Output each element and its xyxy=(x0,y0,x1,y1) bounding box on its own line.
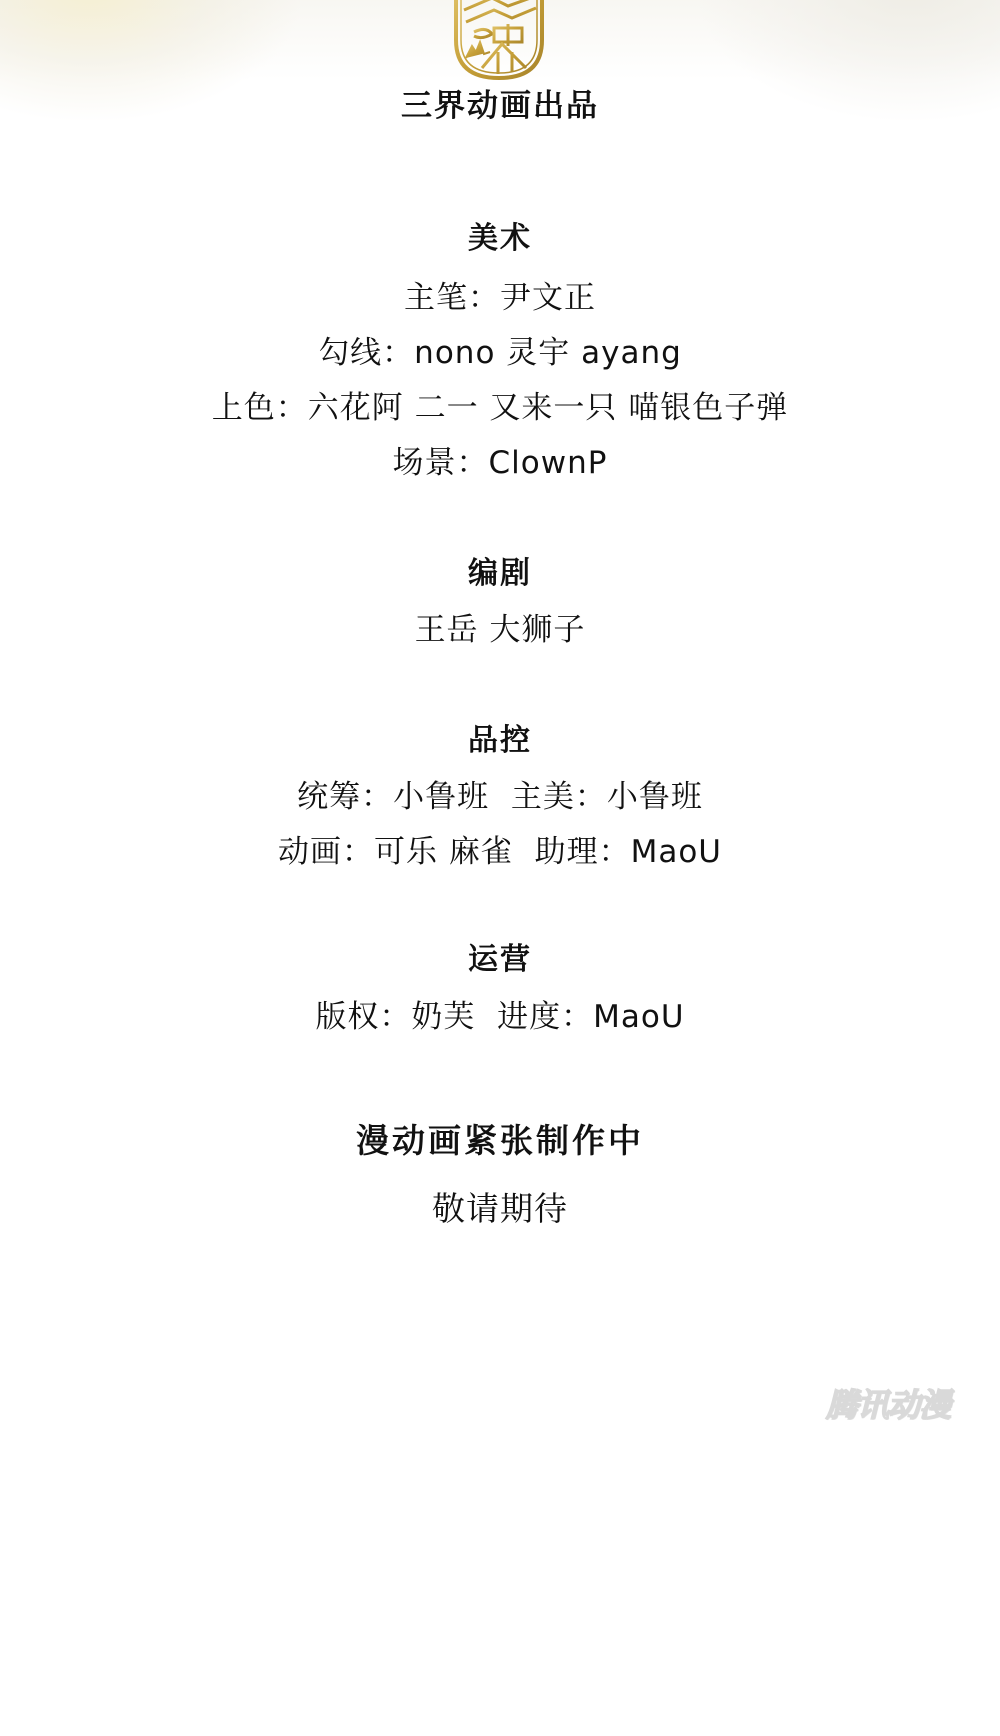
credit-line: 上色：六花阿 二一 又来一只 喵银色子弹 xyxy=(0,390,1000,426)
stay-tuned-text: 敬请期待 xyxy=(0,1191,1000,1227)
credit-line: 版权：奶芙 进度：MaoU xyxy=(0,999,1000,1035)
section-heading-quality: 品控 xyxy=(0,723,1000,759)
section-heading-script: 编剧 xyxy=(0,556,1000,592)
credit-line: 勾线：nono 灵宇 ayang xyxy=(0,335,1000,371)
studio-title: 三界动画出品 xyxy=(0,88,1000,124)
credit-line: 王岳 大狮子 xyxy=(0,612,1000,648)
credit-line: 主笔：尹文正 xyxy=(0,280,1000,316)
section-heading-art: 美术 xyxy=(0,221,1000,257)
sanjie-emblem-icon xyxy=(452,0,546,80)
credit-line: 场景：ClownP xyxy=(0,445,1000,481)
production-announcement: 漫动画紧张制作中 xyxy=(0,1123,1000,1159)
section-heading-operations: 运营 xyxy=(0,942,1000,978)
credit-line: 动画：可乐 麻雀 助理：MaoU xyxy=(0,834,1000,870)
tencent-comics-watermark: 腾讯动漫 xyxy=(826,1386,982,1424)
credit-line: 统筹：小鲁班 主美：小鲁班 xyxy=(0,779,1000,815)
